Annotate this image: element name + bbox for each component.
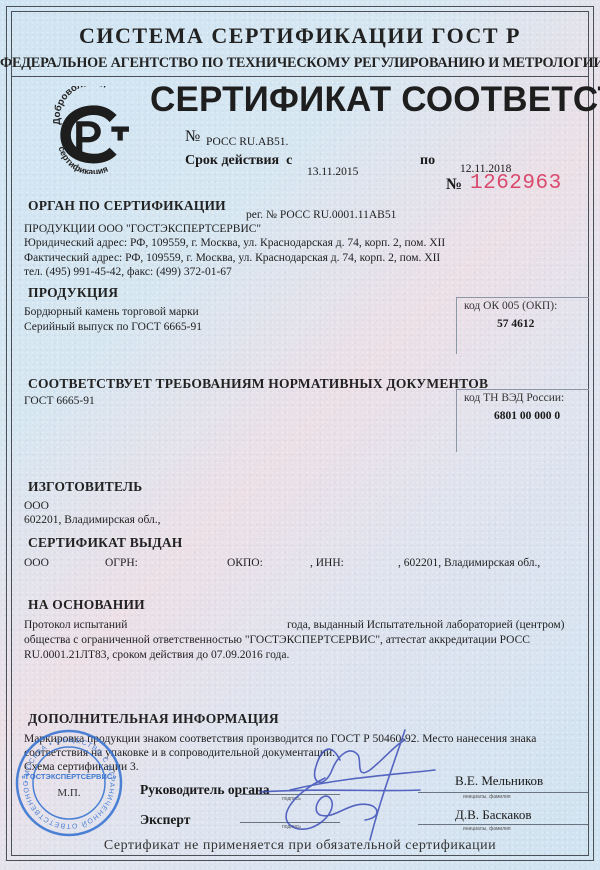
basis-issued-by: года, выданный Испытательной лабораторие… (287, 619, 565, 631)
handwritten-signature-icon (220, 700, 450, 850)
svg-text:М.П.: М.П. (57, 787, 80, 799)
basis-protocol: Протокол испытаний (24, 619, 127, 631)
svg-text:«ГОСТЭКСПЕРТСЕРВИС»: «ГОСТЭКСПЕРТСЕРВИС» (22, 772, 117, 781)
standard: ГОСТ 6665-91 (24, 395, 95, 407)
expert-name: Д.В. Баскаков (455, 807, 531, 823)
conformity-heading: СООТВЕТСТВУЕТ ТРЕБОВАНИЯМ НОРМАТИВНЫХ ДО… (28, 376, 488, 392)
issued-to-address: , 602201, Владимирская обл., (398, 557, 540, 569)
svg-text:Добровольная: Добровольная (52, 86, 109, 125)
okpo-label: ОКПО: (227, 557, 263, 569)
product-line-2: Серийный выпуск по ГОСТ 6665-91 (24, 321, 202, 333)
okp-code-value: 57 4612 (497, 318, 534, 330)
expert-name-caption: инициалы, фамилия (463, 826, 511, 832)
manufacturer-address: 602201, Владимирская обл., (24, 514, 161, 526)
to-label: по (420, 153, 435, 169)
basis-heading: НА ОСНОВАНИИ (28, 597, 145, 613)
issued-to-heading: СЕРТИФИКАТ ВЫДАН (28, 535, 183, 551)
footer-note: Сертификат не применяется при обязательн… (0, 838, 600, 854)
head-name: В.Е. Мельников (455, 773, 543, 789)
actual-address: Фактический адрес: РФ, 109559, г. Москва… (24, 252, 440, 264)
validity-text: Срок действия (185, 153, 279, 168)
phone-fax: тел. (495) 991-45-42, факс: (499) 372-01… (24, 266, 232, 278)
legal-address: Юридический адрес: РФ, 109559, г. Москва… (24, 237, 445, 249)
rst-logo-icon: Добровольная сертификация (48, 86, 136, 174)
from-label: с (286, 153, 292, 168)
registration-number: рег. № РОСС RU.0001.11АВ51 (246, 209, 396, 221)
manufacturer-org: ООО (24, 500, 49, 512)
cert-number-sign: № (185, 128, 200, 146)
product-line-1: Бордюрный камень торговой марки (24, 306, 199, 318)
tnved-code-label: код ТН ВЭД России: (464, 392, 564, 404)
certification-body-name: ПРОДУКЦИИ ООО "ГОСТЭКСПЕРТСЕРВИС" (24, 223, 261, 235)
expert-label: Эксперт (140, 812, 190, 828)
okp-code-label: код ОК 005 (ОКП): (464, 300, 557, 312)
validity-label: Срок действия с (185, 153, 292, 169)
tnved-code-value: 6801 00 000 0 (494, 410, 560, 422)
certification-body-heading: ОРГАН ПО СЕРТИФИКАЦИИ (28, 198, 226, 214)
valid-from: 13.11.2015 (307, 166, 358, 178)
cert-number: РОСС RU.АВ51. (206, 136, 288, 148)
serial-number: 1262963 (470, 172, 562, 195)
basis-accreditation: RU.0001.21ЛТ83, сроком действия до 07.09… (24, 649, 289, 661)
head-name-caption: инициалы, фамилия (463, 794, 511, 800)
issued-to-org: ООО (24, 557, 49, 569)
manufacturer-heading: ИЗГОТОВИТЕЛЬ (28, 479, 142, 495)
product-heading: ПРОДУКЦИЯ (28, 285, 118, 301)
basis-lab-name: общества с ограниченной ответственностью… (24, 634, 530, 646)
certification-system-heading: СИСТЕМА СЕРТИФИКАЦИИ ГОСТ Р (0, 23, 600, 49)
ogrn-label: ОГРН: (105, 557, 138, 569)
organization-stamp-icon: • МОСКВА • ОБЩЕСТВО С ОГРАНИЧЕННОЙ ОТВЕТ… (14, 727, 124, 839)
agency-heading: ФЕДЕРАЛЬНОЕ АГЕНТСТВО ПО ТЕХНИЧЕСКОМУ РЕ… (0, 55, 600, 72)
inn-label: , ИНН: (310, 557, 344, 569)
certificate-title: СЕРТИФИКАТ СООТВЕТСТВИЯ (150, 80, 600, 120)
serial-sign: № (446, 176, 462, 194)
header-divider (11, 76, 589, 77)
